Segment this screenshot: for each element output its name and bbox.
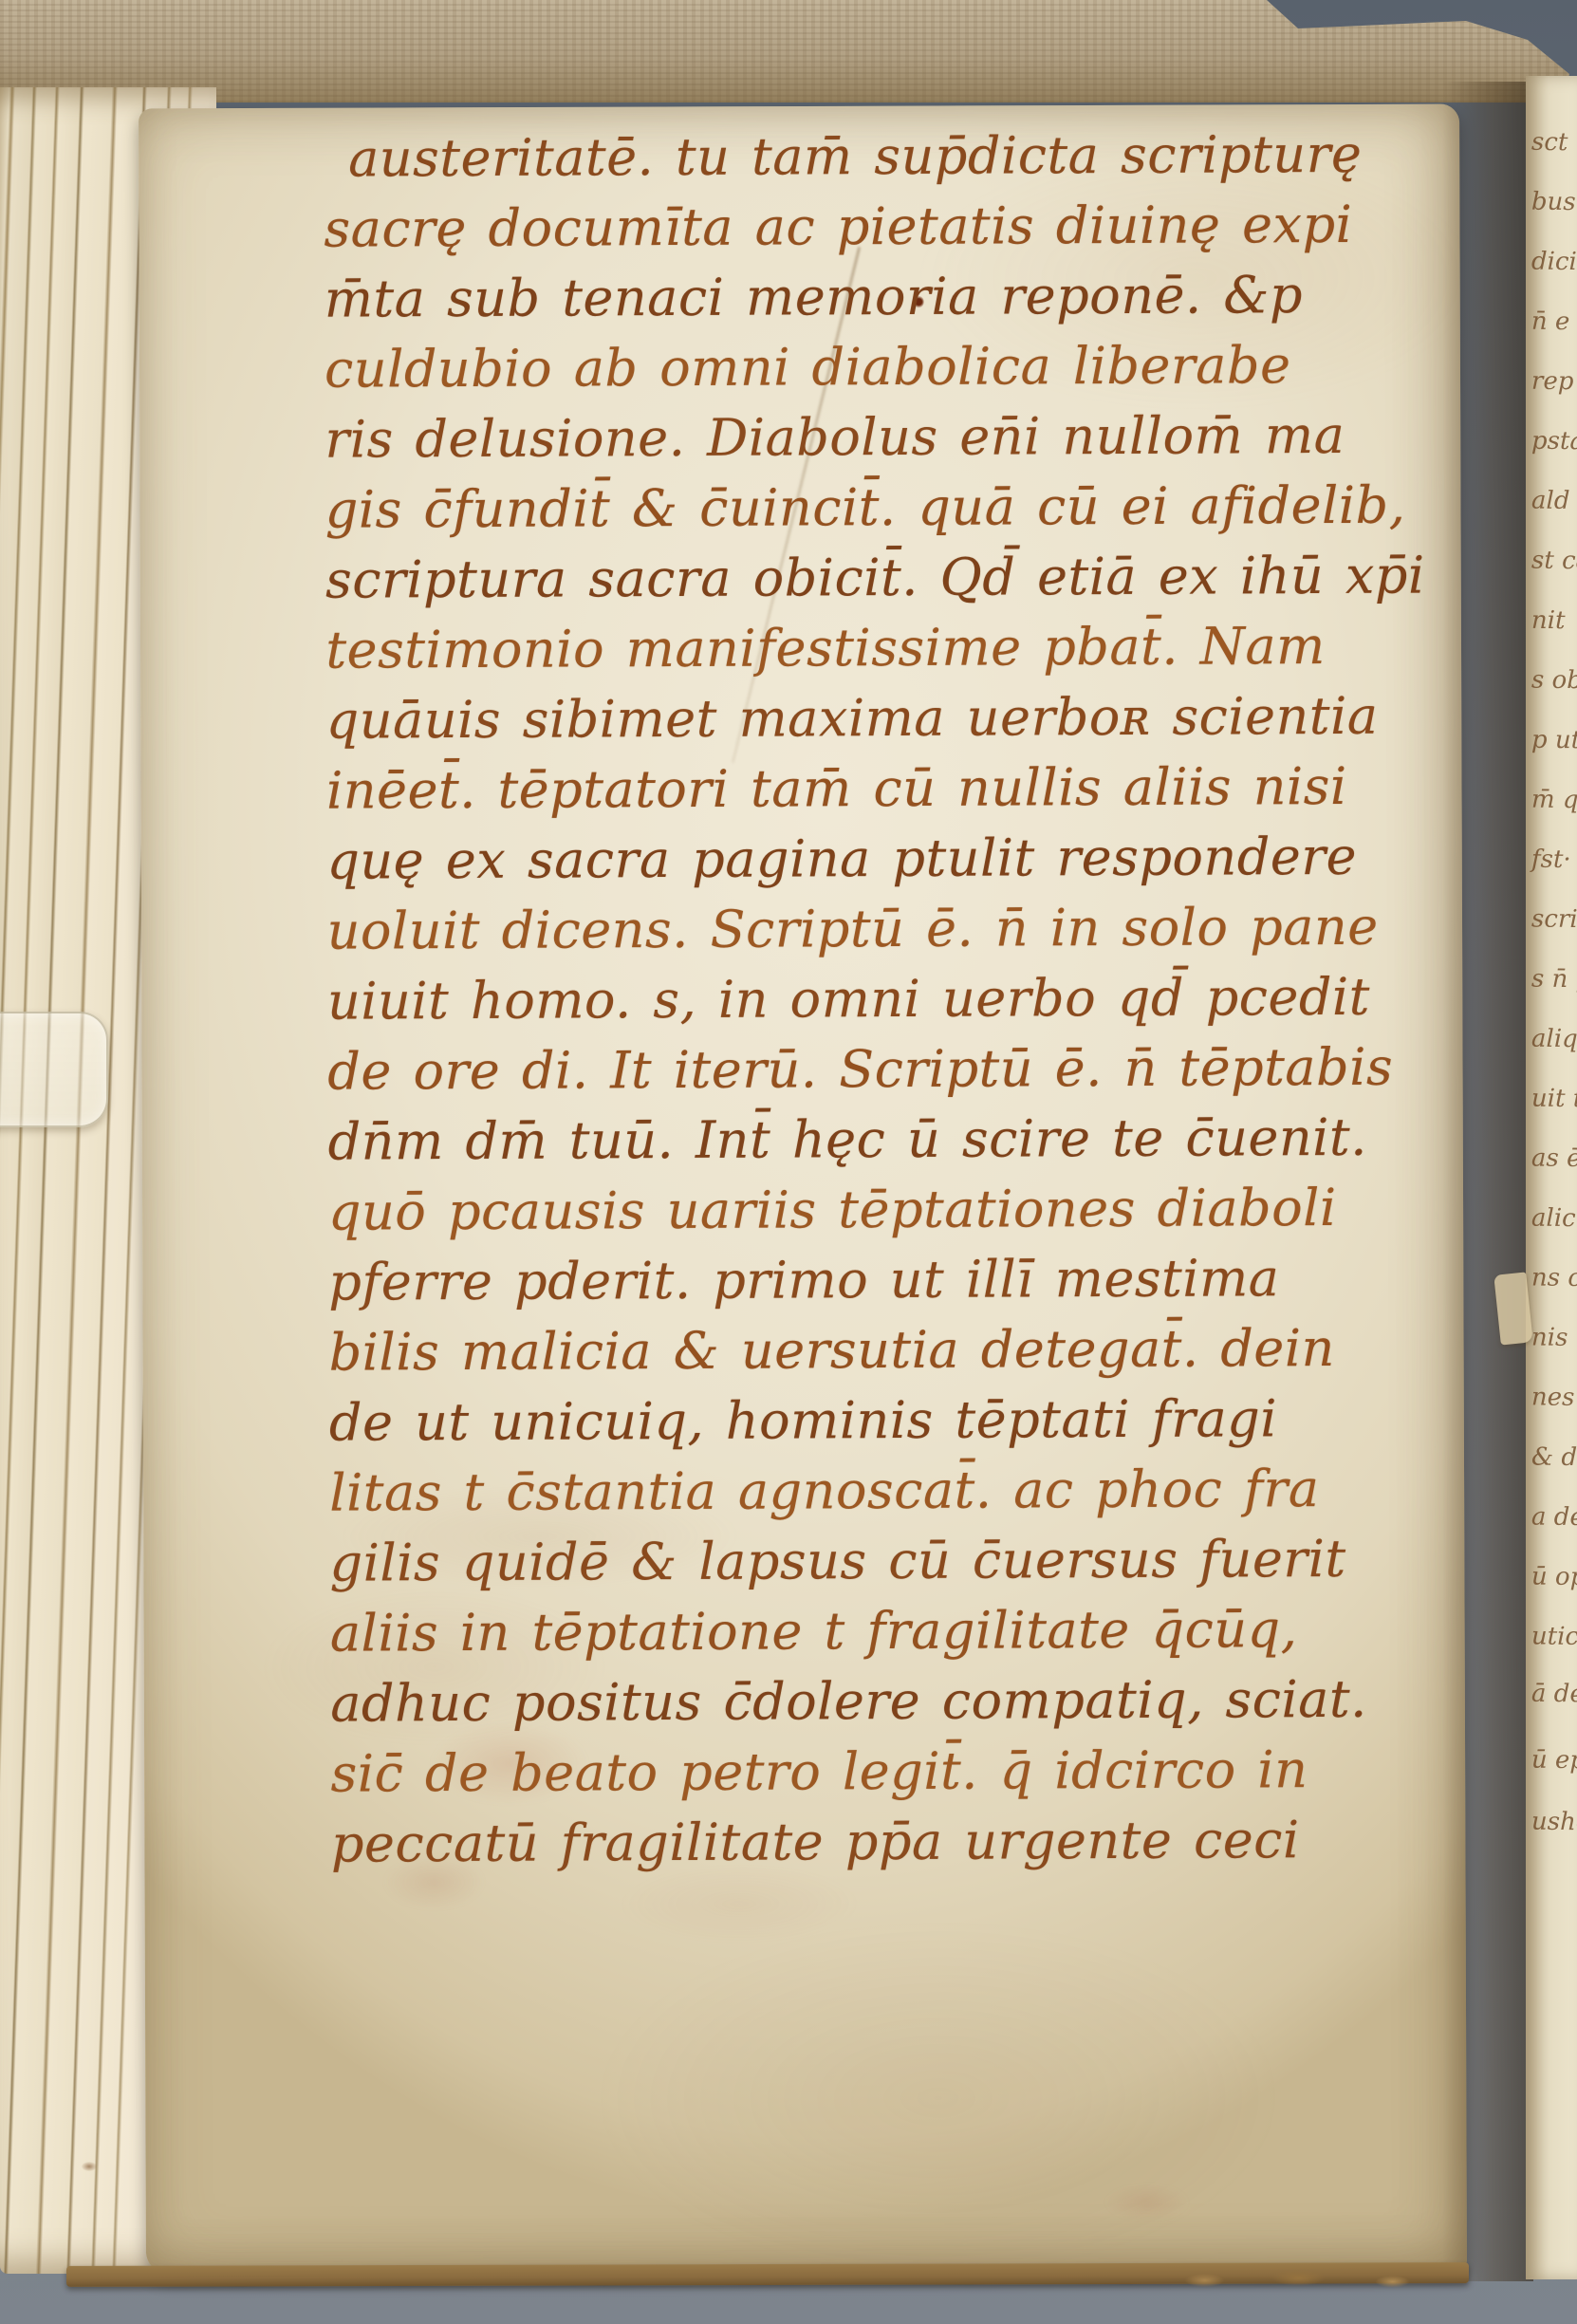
- facing-page-text-fragment: p ut: [1531, 726, 1577, 755]
- manuscript-line: gilis quidē & lapsus cū c̄uersus fuerit: [329, 1523, 1468, 1598]
- facing-page-text-fragment: ū ep̄i: [1531, 1746, 1577, 1776]
- manuscript-line: uoluit dicens. Scriptū ē. n̄ in solo pan…: [327, 891, 1466, 966]
- manuscript-line: quō pcausis uariis tēptationes diaboli: [328, 1172, 1467, 1247]
- facing-page-text-fragment: dicitu: [1531, 248, 1577, 277]
- manuscript-line: testimonio manifestissime pbat̄. Nam: [325, 610, 1464, 685]
- facing-page-text-fragment: uit ta: [1531, 1085, 1577, 1114]
- stain: [82, 2162, 97, 2171]
- facing-page-text-fragment: scriptu: [1531, 905, 1577, 935]
- facing-page-text-fragment: nit: [1531, 606, 1566, 635]
- facing-page-text-fragment: alicia: [1531, 1204, 1577, 1234]
- facing-page-text-fragment: aliqd: [1531, 1025, 1577, 1054]
- facing-page-text-fragment: n̄ e: [1531, 307, 1570, 336]
- manuscript-line: austeritatē. tu tam̄ sup̄dicta scripturę: [324, 119, 1462, 194]
- manuscript-line: culdubio ab omni diabolica liberabe: [325, 329, 1463, 404]
- manuscript-line: quāuis sibimet maxima uerboʀ scientia: [326, 680, 1465, 755]
- manuscript-line: peccatū fragilitate pp̄a urgente ceci: [331, 1804, 1470, 1879]
- manuscript-line: de ut unicuiq, hominis tēptati fragi: [329, 1383, 1468, 1458]
- facing-page-fragments: sctbustēdicitun̄ ereppstaald etest carni…: [1530, 0, 1577, 2324]
- facing-page-text-fragment: s n̄ pe: [1531, 965, 1577, 995]
- manuscript-line: adhuc positus c̄dolere compatiq, sciat.: [330, 1664, 1469, 1738]
- manuscript-line: sacrę documīta ac pietatis diuinę expi: [324, 189, 1462, 264]
- facing-page-text-fragment: s obs: [1531, 666, 1577, 696]
- text-block: austeritatē. tu tam̄ sup̄dicta scripturę…: [324, 119, 1470, 1879]
- translucent-page-tab: [0, 1012, 108, 1127]
- manuscript-line: aliis in tēptatione t fragilitate q̄cūq,: [330, 1593, 1469, 1668]
- manuscript-line: pferre pderit. primo ut illī mestima: [328, 1242, 1467, 1317]
- facing-page-text-fragment: bustē: [1531, 188, 1577, 217]
- facing-page-text-fragment: ū opim: [1531, 1563, 1577, 1592]
- facing-page-text-fragment: m̄ qd: [1531, 786, 1577, 815]
- facing-page-text-fragment: rep: [1531, 367, 1574, 396]
- facing-page-text-fragment: a de do: [1531, 1502, 1577, 1532]
- facing-page-text-fragment: utice ret: [1531, 1622, 1577, 1651]
- stain: [1104, 2184, 1190, 2222]
- manuscript-line: quę ex sacra pagina ptulit respondere: [326, 821, 1465, 896]
- facing-page-text-fragment: nes effic: [1531, 1383, 1577, 1412]
- facing-page-text-fragment: nis que: [1531, 1324, 1577, 1353]
- facing-page-text-fragment: sct: [1531, 128, 1568, 157]
- facing-page-text-fragment: ushę: [1531, 1808, 1577, 1837]
- book-head-edge: [0, 0, 1569, 102]
- book-tail-edge-texture: [1158, 2268, 1471, 2293]
- gutter-shadow: [1442, 82, 1533, 2281]
- facing-page-text-fragment: st car: [1531, 547, 1577, 576]
- manuscript-line: gis c̄fundit̄ & c̄uincit̄. quā cū ei afi…: [325, 470, 1464, 545]
- facing-page-text-fragment: ns cura: [1531, 1263, 1577, 1292]
- manuscript-line: m̄ta sub tenaci memoria reponē. &p: [325, 259, 1463, 334]
- manuscript-line: uiuit homo. s, in omni uerbo qd̄ pcedit: [327, 961, 1466, 1036]
- manuscript-line: inēet̄. tēptatori tam̄ cū nullis aliis n…: [326, 751, 1465, 826]
- facing-page-text-fragment: & desp: [1531, 1443, 1577, 1473]
- manuscript-line: litas t c̄stantia agnoscat̄. ac phoc fra: [329, 1453, 1468, 1528]
- facing-page-text-fragment: as ēlan: [1531, 1144, 1577, 1174]
- manuscript-line: ris delusione. Diabolus en̄i nullom̄ ma: [325, 400, 1463, 474]
- manuscript-line: dn̄m dm̄ tuū. Int̄ hęc ū scire te c̄ueni…: [327, 1102, 1466, 1177]
- facing-page-text-fragment: ā de: [1531, 1680, 1577, 1709]
- manuscript-line: de ore di. It iterū. Scriptū ē. n̄ tēpta…: [327, 1032, 1466, 1106]
- facing-page-text-fragment: psta: [1531, 427, 1577, 456]
- facing-page-text-fragment: ald ete: [1531, 487, 1577, 516]
- manuscript-line: bilis malicia & uersutia detegat̄. dein: [328, 1312, 1467, 1387]
- manuscript-photo: { "scene": { "description_label": "Open …: [0, 0, 1577, 2324]
- manuscript-line: sic̄ de beato petro legit̄. q̄ idcirco i…: [330, 1734, 1469, 1809]
- facing-page-text-fragment: fst· u: [1531, 846, 1577, 875]
- manuscript-line: scriptura sacra obicit̄. Qd̄ etiā ex ihū…: [325, 540, 1464, 615]
